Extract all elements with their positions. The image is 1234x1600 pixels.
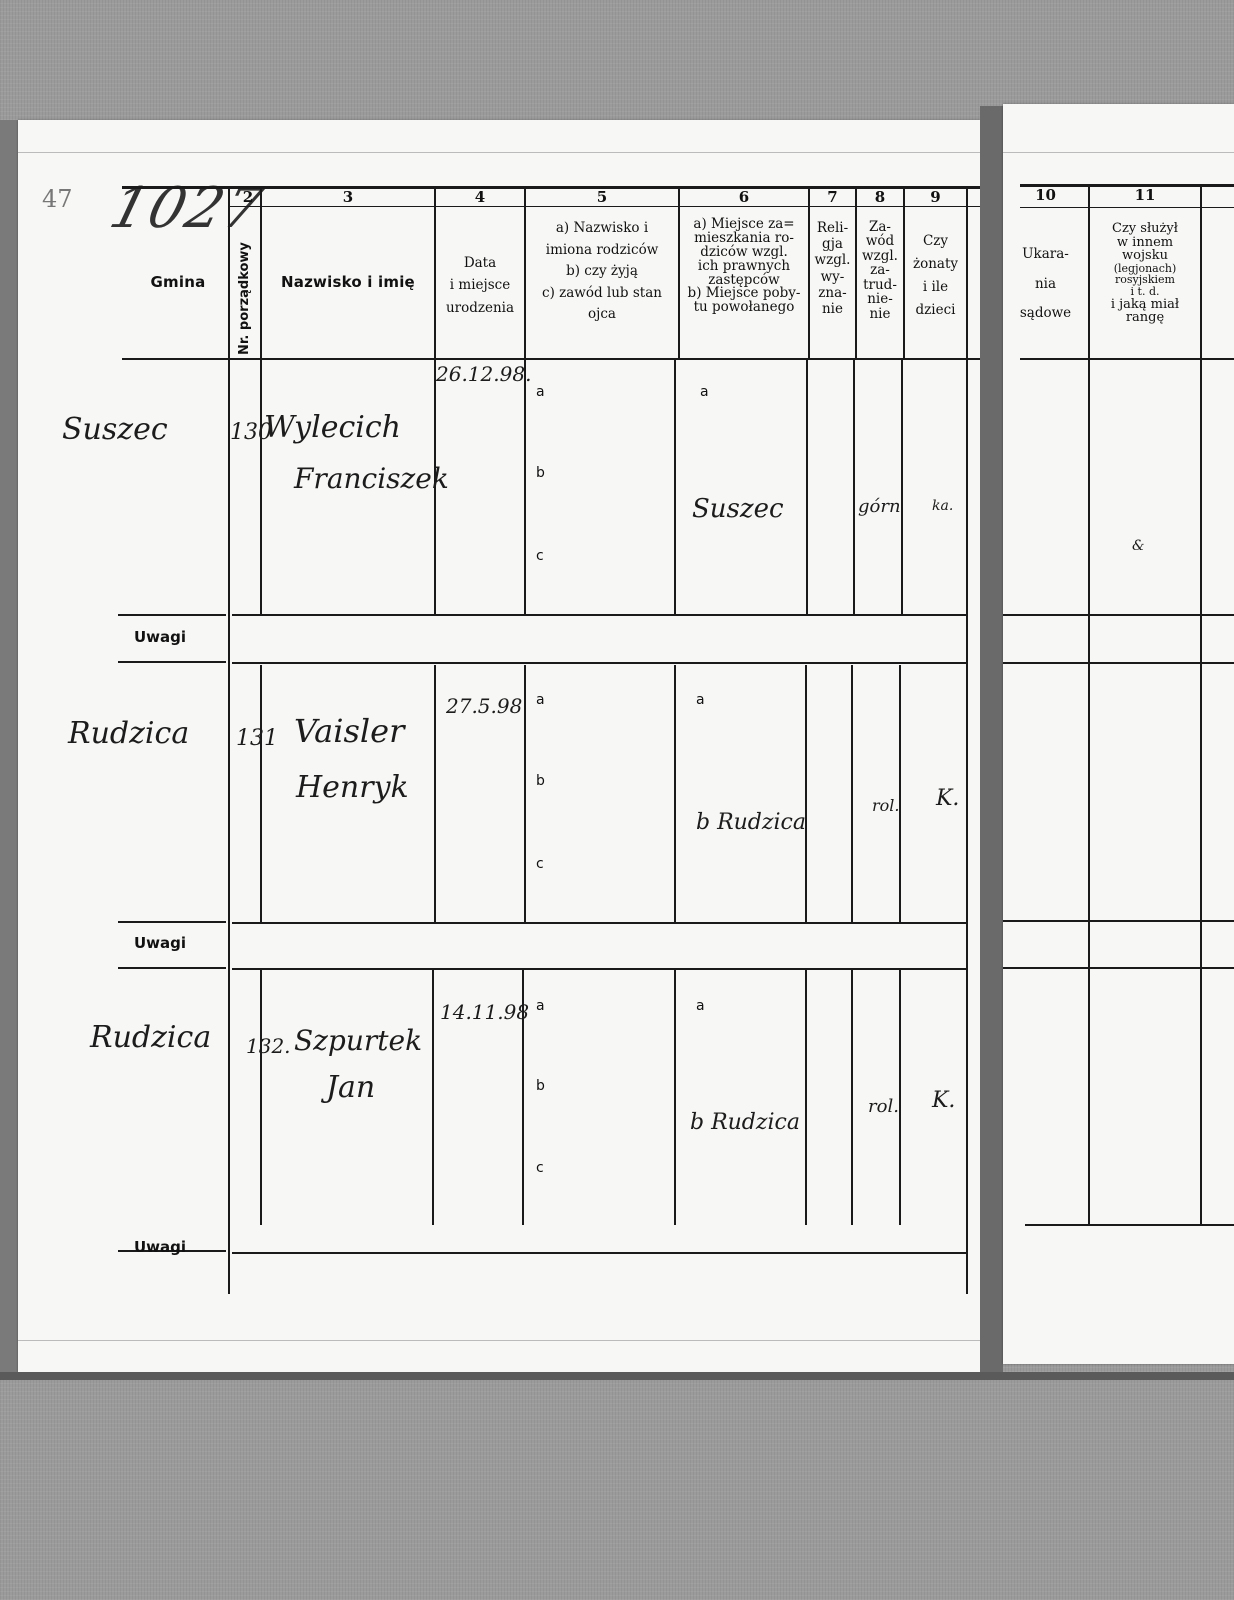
header-col5: a) Nazwisko i imiona rodziców b) czy żyj… (526, 218, 678, 326)
col-num-3: 3 (262, 189, 434, 206)
binding-edge (0, 120, 18, 1380)
entry-residence: b Rudzica (696, 810, 806, 835)
book-gutter (980, 106, 1003, 1374)
col-num-9: 9 (905, 189, 966, 206)
remarks-field-3[interactable] (232, 1254, 966, 1294)
entry-married: K. (936, 786, 959, 811)
remarks-label-3: Uwagi (134, 1238, 186, 1256)
header-nazwisko-imie: Nazwisko i imię (262, 274, 434, 291)
page-bottom-shadow (0, 1372, 1234, 1380)
header-col7: Reli- gja wzgl. wy- zna- nie (810, 220, 855, 317)
entry-nr: 132. (246, 1034, 291, 1058)
entry-col11-mark: & (1132, 538, 1144, 554)
header-col9: Czy żonaty i ile dzieci (905, 230, 966, 322)
header-col8: Za- wód wzgl. za- trud- nie- nie (857, 220, 903, 321)
entry-occupation: rol. (872, 796, 899, 815)
entry-married: K. (932, 1088, 955, 1113)
entry-surname: Wylecich (264, 410, 401, 445)
entry-nr: 131 (236, 726, 278, 751)
entry-surname: Szpurtek (294, 1024, 422, 1057)
col-num-2: 2 (236, 189, 260, 206)
entry-occupation-part1: górn (858, 496, 901, 517)
entry-gmina: Suszec (62, 412, 168, 447)
col-num-4: 4 (436, 189, 524, 206)
col-num-11: 11 (1090, 187, 1200, 204)
entry-birth-date: 14.11.98 (440, 1000, 529, 1024)
col-num-6: 6 (680, 189, 808, 206)
remarks-label-2: Uwagi (134, 934, 186, 952)
header-nr-porzadkowy: Nr. porządkowy (237, 242, 252, 355)
entry-given-name: Franciszek (294, 462, 449, 495)
entry-gmina: Rudzica (68, 716, 189, 751)
entry-occupation: rol. (868, 1096, 899, 1117)
col-num-5: 5 (526, 189, 678, 206)
remarks-label-1: Uwagi (134, 628, 186, 646)
entry-birth-date: 27.5.98 (446, 694, 522, 718)
header-col10: Ukara- nia sądowe (1003, 240, 1088, 329)
remarks-field-2[interactable] (232, 924, 966, 967)
header-col11: Czy służył w innem wojsku (legjonach) ro… (1090, 222, 1200, 325)
entry-given-name: Henryk (296, 770, 409, 805)
entry-residence: b Rudzica (690, 1110, 800, 1135)
entry-birth-date: 26.12.98. (436, 362, 531, 386)
entry-gmina: Rudzica (90, 1020, 211, 1055)
header-gmina: Gmina (130, 274, 226, 291)
header-col4: Data i miejsce urodzenia (436, 252, 524, 319)
remarks-field-1[interactable] (232, 616, 966, 661)
entry-residence: Suszec (692, 494, 784, 524)
col-num-10: 10 (1003, 187, 1088, 204)
entry-given-name: Jan (326, 1070, 375, 1105)
col-num-7: 7 (810, 189, 855, 206)
entry-surname: Vaisler (294, 712, 404, 750)
entry-occupation-part2: ka. (932, 498, 953, 514)
pencil-margin-number: 47 (42, 185, 73, 213)
header-col6: a) Miejsce za= mieszkania ro- dziców wzg… (680, 218, 808, 315)
col-num-8: 8 (857, 189, 903, 206)
